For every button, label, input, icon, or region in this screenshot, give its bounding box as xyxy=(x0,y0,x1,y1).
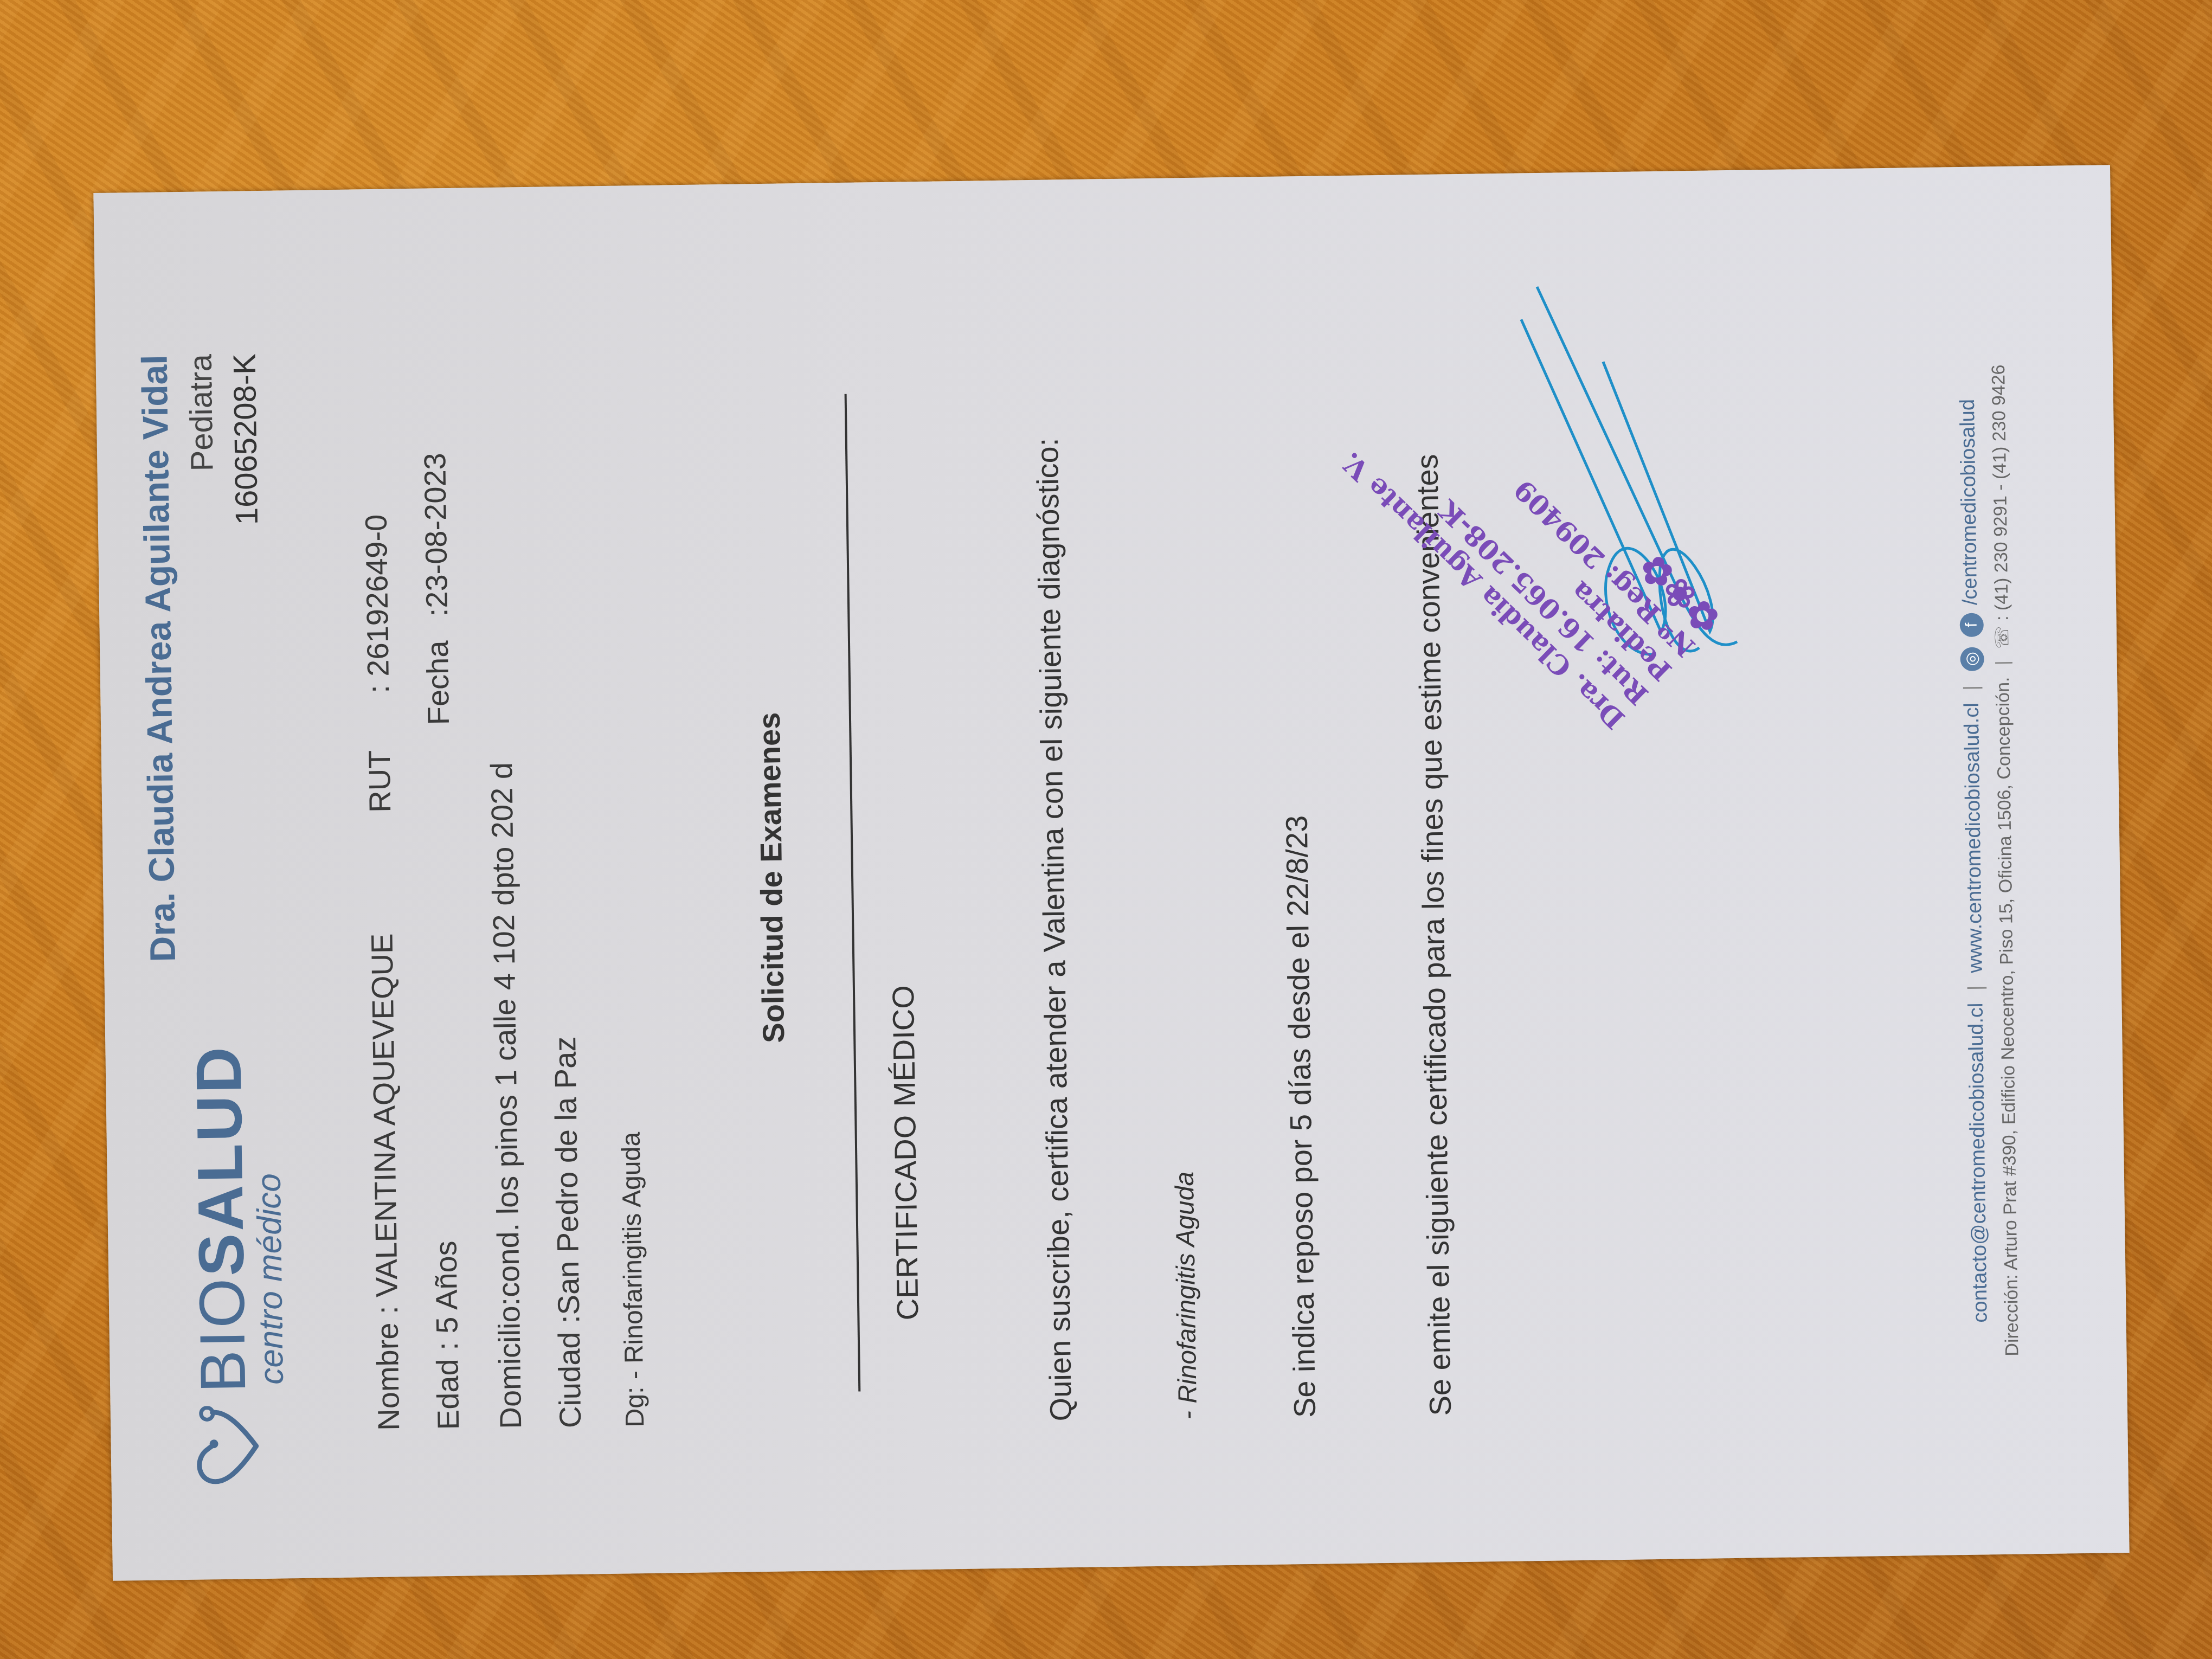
patient-diagnosis: Dg: - Rinofaringitis Aguda xyxy=(616,1132,651,1427)
clinic-subtitle: centro médico xyxy=(250,1044,289,1385)
facebook-icon[interactable]: f xyxy=(1959,613,1984,637)
clinic-phones: : (41) 230 9291 - (41) 230 9426 xyxy=(1988,364,2012,621)
closing-statement: Se emite el siguiente certificado para l… xyxy=(1409,454,1458,1416)
website-link[interactable]: www.centromedicobiosalud.cl xyxy=(1960,703,1987,973)
footer: contacto@centromedicobiosalud.cl | www.c… xyxy=(1953,166,2026,1555)
certificate-title: CERTIFICADO MÉDICO xyxy=(885,985,925,1321)
diagnosis-item: - Rinofaringitis Aguda xyxy=(1170,1172,1203,1420)
phone-icon: ☏ xyxy=(1992,626,2013,649)
patient-address: Domicilio:cond. los pinos 1 calle 4 102 … xyxy=(484,762,528,1429)
doctor-header: Dra. Claudia Andrea Aguilante Vidal Pedi… xyxy=(133,353,271,962)
patient-rut-value: : 26192649-0 xyxy=(358,514,396,693)
instagram-icon[interactable]: ◎ xyxy=(1960,647,1984,671)
patient-name: Nombre : VALENTINA AQUEVEQUE xyxy=(364,933,406,1431)
rest-indication: Se indica reposo por 5 días desde el 22/… xyxy=(1279,815,1323,1418)
date-value: :23-08-2023 xyxy=(417,453,454,617)
paper-sheet: BIOSALUD centro médico Dra. Claudia Andr… xyxy=(93,165,2129,1581)
medical-certificate: BIOSALUD centro médico Dra. Claudia Andr… xyxy=(93,165,2129,1581)
doctor-name: Dra. Claudia Andrea Aguilante Vidal xyxy=(133,355,183,962)
clinic-logo: BIOSALUD centro médico xyxy=(187,1044,290,1488)
date-label: Fecha xyxy=(420,640,456,725)
clinic-address: Dirección: Arturo Prat #390, Edificio Ne… xyxy=(1992,677,2022,1356)
doctor-specialty: Pediatra xyxy=(182,354,227,962)
clinic-name: BIOSALUD xyxy=(187,1044,255,1393)
patient-age: Edad : 5 Años xyxy=(428,1240,466,1430)
patient-city: Ciudad :San Pedro de la Paz xyxy=(547,1036,588,1428)
divider-line xyxy=(845,394,861,1392)
heart-stethoscope-icon xyxy=(192,1405,263,1488)
social-handle[interactable]: /centromedicobiosalud xyxy=(1956,399,1982,606)
contact-email[interactable]: contacto@centromedicobiosalud.cl xyxy=(1965,1002,1992,1322)
doctor-rut: 16065208-K xyxy=(226,353,271,961)
section-title: Solicitud de Examenes xyxy=(744,183,799,1572)
patient-rut-label: RUT xyxy=(362,750,398,813)
certification-statement: Quien suscribe, certifica atender a Vale… xyxy=(1030,438,1078,1422)
